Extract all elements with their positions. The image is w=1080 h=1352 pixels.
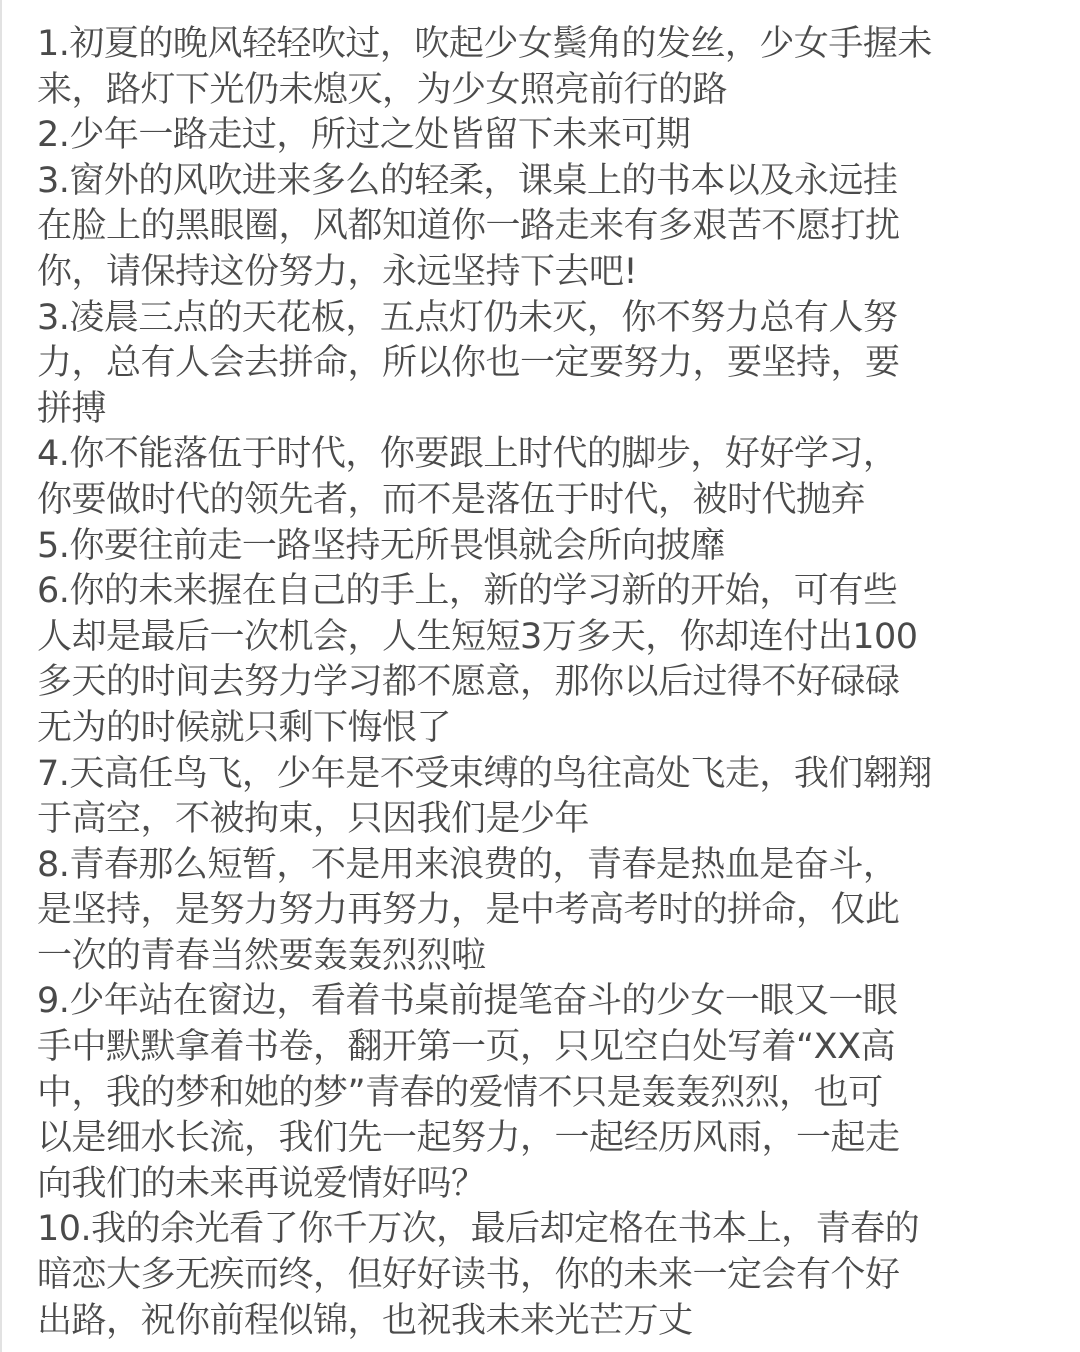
text-line: 多天的时间去努力学习都不愿意，那你以后过得不好碌碌 xyxy=(37,660,1047,706)
text-line: 力，总有人会去拼命，所以你也一定要努力，要坚持，要 xyxy=(37,341,1047,387)
text-line: 6.你的未来握在自己的手上，新的学习新的开始，可有些 xyxy=(37,569,1047,615)
text-line: 4.你不能落伍于时代，你要跟上时代的脚步，好好学习， xyxy=(37,432,1047,478)
text-line: 向我们的未来再说爱情好吗？ xyxy=(37,1162,1047,1208)
text-line: 你要做时代的领先者，而不是落伍于时代，被时代抛弃 xyxy=(37,478,1047,524)
paragraph-2: 2.少年一路走过，所过之处皆留下未来可期 xyxy=(37,113,1047,159)
text-line: 5.你要往前走一路坚持无所畏惧就会所向披靡 xyxy=(37,524,1047,570)
text-line: 是坚持，是努力努力再努力，是中考高考时的拼命，仅此 xyxy=(37,888,1047,934)
text-line: 7.天高任鸟飞，少年是不受束缚的鸟往高处飞走，我们翱翔 xyxy=(37,752,1047,798)
text-line: 来，路灯下光仍未熄灭，为少女照亮前行的路 xyxy=(37,68,1047,114)
paragraph-9: 9.少年站在窗边，看着书桌前提笔奋斗的少女一眼又一眼 手中默默拿着书卷，翻开第一… xyxy=(37,979,1047,1207)
text-line: 一次的青春当然要轰轰烈烈啦 xyxy=(37,934,1047,980)
text-line: 2.少年一路走过，所过之处皆留下未来可期 xyxy=(37,113,1047,159)
paragraph-8: 8.青春那么短暂，不是用来浪费的，青春是热血是奋斗， 是坚持，是努力努力再努力，… xyxy=(37,843,1047,980)
text-line: 于高空，不被拘束，只因我们是少年 xyxy=(37,797,1047,843)
left-border-divider xyxy=(0,0,2,1352)
text-line: 人却是最后一次机会，人生短短3万多天，你却连付出100 xyxy=(37,615,1047,661)
paragraph-3b: 3.凌晨三点的天花板，五点灯仍未灭，你不努力总有人努 力，总有人会去拼命，所以你… xyxy=(37,296,1047,433)
paragraph-3a: 3.窗外的风吹进来多么的轻柔，课桌上的书本以及永远挂 在脸上的黑眼圈，风都知道你… xyxy=(37,159,1047,296)
text-line: 暗恋大多无疾而终，但好好读书，你的未来一定会有个好 xyxy=(37,1253,1047,1299)
text-line: 手中默默拿着书卷，翻开第一页，只见空白处写着“XX高 xyxy=(37,1025,1047,1071)
text-line: 中，我的梦和她的梦”青春的爱情不只是轰轰烈烈，也可 xyxy=(37,1071,1047,1117)
paragraph-10: 10.我的余光看了你千万次，最后却定格在书本上，青春的 暗恋大多无疾而终，但好好… xyxy=(37,1207,1047,1344)
text-line: 拼搏 xyxy=(37,387,1047,433)
text-line: 3.窗外的风吹进来多么的轻柔，课桌上的书本以及永远挂 xyxy=(37,159,1047,205)
text-line: 10.我的余光看了你千万次，最后却定格在书本上，青春的 xyxy=(37,1207,1047,1253)
text-line: 出路，祝你前程似锦，也祝我未来光芒万丈 xyxy=(37,1299,1047,1345)
text-line: 无为的时候就只剩下悔恨了 xyxy=(37,706,1047,752)
text-line: 在脸上的黑眼圈，风都知道你一路走来有多艰苦不愿打扰 xyxy=(37,204,1047,250)
text-line: 3.凌晨三点的天花板，五点灯仍未灭，你不努力总有人努 xyxy=(37,296,1047,342)
paragraph-4: 4.你不能落伍于时代，你要跟上时代的脚步，好好学习， 你要做时代的领先者，而不是… xyxy=(37,432,1047,523)
text-line: 8.青春那么短暂，不是用来浪费的，青春是热血是奋斗， xyxy=(37,843,1047,889)
text-line: 1.初夏的晚风轻轻吹过，吹起少女鬓角的发丝，少女手握未 xyxy=(37,22,1047,68)
paragraph-6: 6.你的未来握在自己的手上，新的学习新的开始，可有些 人却是最后一次机会，人生短… xyxy=(37,569,1047,751)
paragraph-5: 5.你要往前走一路坚持无所畏惧就会所向披靡 xyxy=(37,524,1047,570)
paragraph-7: 7.天高任鸟飞，少年是不受束缚的鸟往高处飞走，我们翱翔 于高空，不被拘束，只因我… xyxy=(37,752,1047,843)
text-line: 以是细水长流，我们先一起努力，一起经历风雨，一起走 xyxy=(37,1116,1047,1162)
quote-list-document: 1.初夏的晚风轻轻吹过，吹起少女鬓角的发丝，少女手握未 来，路灯下光仍未熄灭，为… xyxy=(37,22,1047,1344)
text-line: 你，请保持这份努力，永远坚持下去吧! xyxy=(37,250,1047,296)
text-line: 9.少年站在窗边，看着书桌前提笔奋斗的少女一眼又一眼 xyxy=(37,979,1047,1025)
paragraph-1: 1.初夏的晚风轻轻吹过，吹起少女鬓角的发丝，少女手握未 来，路灯下光仍未熄灭，为… xyxy=(37,22,1047,113)
